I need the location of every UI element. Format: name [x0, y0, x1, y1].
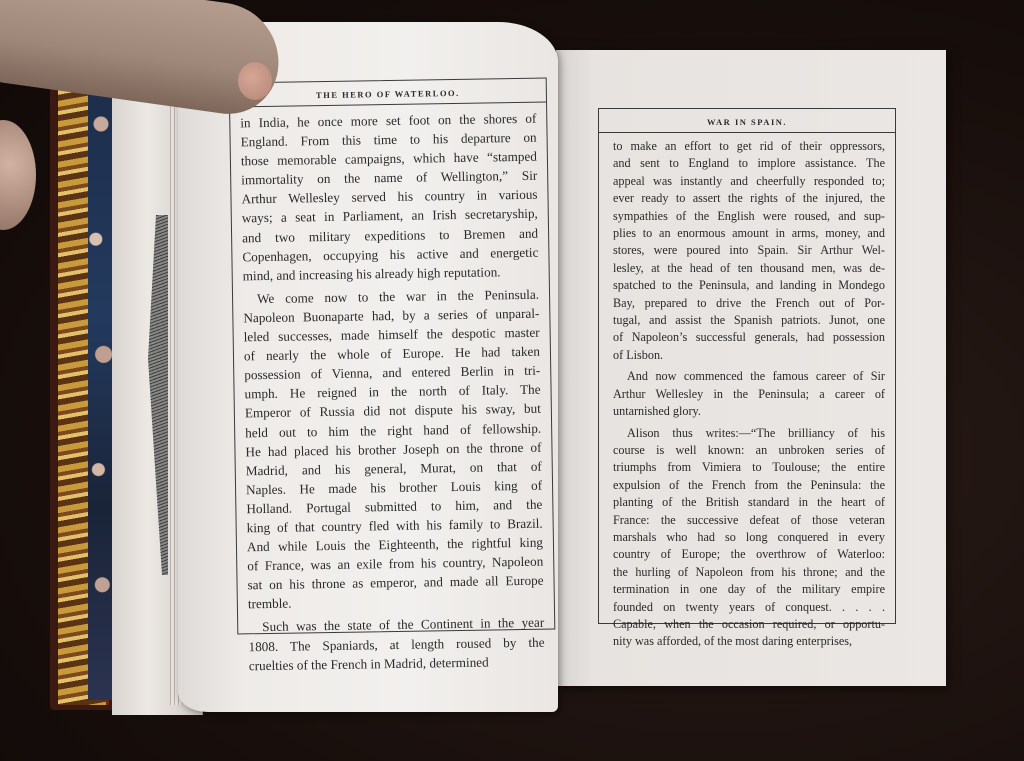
text-line: spatched to the Peninsula, and landing i…: [613, 277, 885, 294]
text-line: expulsion of the French from the Peninsu…: [613, 477, 885, 494]
text-line: untarnished glory.: [613, 403, 885, 420]
text-line: Alison thus writes:—“The brilliancy of h…: [613, 425, 885, 442]
text-line: triumphs from Vimiera to Toulouse; the e…: [613, 459, 885, 476]
text-line: termination in one day of the military e…: [613, 581, 885, 598]
running-head-right: WAR IN SPAIN.: [599, 109, 895, 133]
text-line: ever ready to assert the rights of the i…: [613, 190, 885, 207]
text-line: France: the successive defeat of those v…: [613, 512, 885, 529]
text-line: plies to an enormous amount in arms, mon…: [613, 225, 885, 242]
text-line: Capable, when the occasion required, or …: [613, 616, 885, 633]
text-line: country of Europe; the overthrow of Wate…: [613, 546, 885, 563]
left-page-body: in India, he once more set foot on the s…: [230, 105, 555, 676]
text-line: of Napoleon’s successful generals, had p…: [613, 329, 885, 346]
text-line: the hurling of Napoleon from his throne;…: [613, 564, 885, 581]
text-line: to make an effort to get rid of their op…: [613, 138, 885, 155]
thumb: [0, 120, 36, 230]
text-line: Bay, prepared to drive the French out of…: [613, 295, 885, 312]
holding-finger: [0, 0, 286, 120]
text-line: planting of the British standard in the …: [613, 494, 885, 511]
photo-scene: THE HERO OF WATERLOO. in India, he once …: [0, 0, 1024, 761]
text-line: stores, were poured into Spain. Sir Arth…: [613, 242, 885, 259]
text-line: sympathies of the English were roused, a…: [613, 208, 885, 225]
text-line: course is well known: an unbroken series…: [613, 442, 885, 459]
fingernail: [238, 62, 272, 100]
text-line: And now commenced the famous career of S…: [613, 368, 885, 385]
text-line: tugal, and assist the Spanish patriots. …: [613, 312, 885, 329]
text-line: nity was afforded, of the most daring en…: [613, 633, 885, 650]
marbled-endpaper: [88, 60, 114, 700]
text-line: appeal was instantly and cheerfully resp…: [613, 173, 885, 190]
text-line: founded on twenty years of conquest. . .…: [613, 599, 885, 616]
text-line: lesley, at the head of ten thousand men,…: [613, 260, 885, 277]
running-head-left: THE HERO OF WATERLOO.: [230, 79, 546, 108]
text-line: of Lisbon.: [613, 347, 885, 364]
right-page-text-frame: WAR IN SPAIN. to make an effort to get r…: [598, 108, 896, 624]
right-page-body: to make an effort to get rid of their op…: [599, 135, 895, 651]
text-line: and sent to England to implore assistanc…: [613, 155, 885, 172]
text-line: Arthur Wellesley in the Peninsula; a car…: [613, 386, 885, 403]
left-page-text-frame: THE HERO OF WATERLOO. in India, he once …: [229, 78, 556, 635]
text-line: marshals who had so long conquered in ev…: [613, 529, 885, 546]
